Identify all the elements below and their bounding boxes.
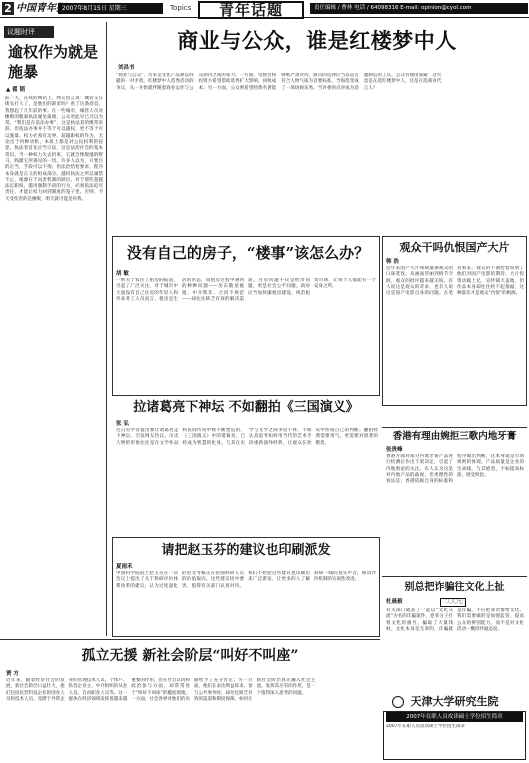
divider	[382, 576, 527, 577]
issue-date: 2007年8月15日 星期三	[58, 3, 163, 14]
article-housing-body: 一则关于农民工租房的报道，引起了广泛关注。对于城市中大量没有自己住房的年轻人和外…	[116, 278, 376, 392]
article-three-kingdoms-title: 拉诸葛亮下神坛 不如翻拍《三国演义》	[114, 398, 378, 418]
lead-byline: 刘昌书	[118, 64, 135, 72]
main-headline: 商业与公众，谁是红楼梦中人	[112, 28, 522, 54]
article-housing-byline: 胡 敏	[116, 270, 129, 278]
article-movies-body: 近年来国产大片频频遭遇观众的口诛笔伐，从画面华丽到情节空洞，观众的批评越来越尖锐…	[386, 266, 524, 404]
article-fraud-stamp: 二〇〇七	[440, 598, 466, 607]
article-new-class-title: 孤立无援 新社会阶层“叫好不叫座”	[4, 645, 376, 667]
article-hongkong-body: 香港方面对部分内地牙膏产品进行检测后作出下架决定，引起了内地舆论的关注。有人认为…	[386, 454, 524, 574]
ad-headline: 天津大学研究生院	[383, 692, 526, 712]
divider	[382, 427, 527, 428]
lead-body: “商业与公众”，历来是文化产品难以回避的一对矛盾。红楼梦中人选秀活动的争议，从一…	[116, 73, 524, 233]
article-three-kingdoms-body: 近日有学者提出要让诸葛亮走下神坛，引发网友热议。历史人物的形象往往是在文学作品和…	[116, 428, 378, 534]
article-fraud-byline: 杜晨毅	[386, 598, 403, 606]
left-column-byline: ▲ 翟 韬	[6, 86, 25, 94]
article-movies-title: 观众干吗仇恨国产大片	[384, 240, 525, 256]
ad-subline: 2007年在职人员攻读硕士学位招生简章	[386, 712, 523, 722]
left-column-title: 逾权作为就是施暴	[8, 42, 98, 82]
article-zhao-body: 中国科学院院士赵玉芬在一次会议上提出了关于科研评价体系改革的建议，认为过度量化的…	[116, 571, 376, 635]
article-housing-title: 没有自己的房子，“楼事”该怎么办？	[118, 242, 378, 264]
article-zhao-byline: 夏雨禾	[116, 563, 133, 571]
article-fraud-title: 别总把诈骗往文化上扯	[382, 580, 527, 596]
left-column-body: 前一天，在我的网站上，网友留言说：城管又在街头打人了，是他们的职责吗？看了这条消…	[5, 96, 103, 634]
article-movies-byline: 韩 浩	[386, 258, 399, 266]
section-title: 青年话题	[198, 1, 304, 19]
article-hongkong-byline: 张贵峰	[386, 446, 403, 454]
divider	[0, 639, 380, 640]
university-logo-icon	[392, 696, 404, 708]
article-zhao-title: 请把赵玉芬的建议也印刷派发	[114, 541, 378, 561]
article-three-kingdoms-byline: 张 弘	[116, 420, 129, 428]
article-new-class-byline: 贾 方	[6, 670, 19, 678]
topics-label: Topics	[170, 3, 191, 14]
editor-contact: 责任编辑 / 曹林 电话 / 64098316 E-mail: opinion@…	[310, 3, 528, 14]
article-fraud-body: 有关部门破获了一起以“文化交流”为名的诈骗案件，犯罪分子打着文化的旗号，骗取了大…	[386, 608, 524, 688]
article-new-class-body: 近年来，随着经济社会的发展，新社会阶层日益壮大，他们包括民营科技企业的创业人员和…	[6, 678, 378, 762]
column-label: 议题时评	[4, 26, 54, 38]
page-number: 2	[2, 2, 14, 15]
article-hongkong-title: 香港有理由婉拒三歌内地牙膏	[382, 430, 527, 444]
ad-body: 2007年在职人员攻读硕士学位招生简章	[386, 724, 523, 758]
